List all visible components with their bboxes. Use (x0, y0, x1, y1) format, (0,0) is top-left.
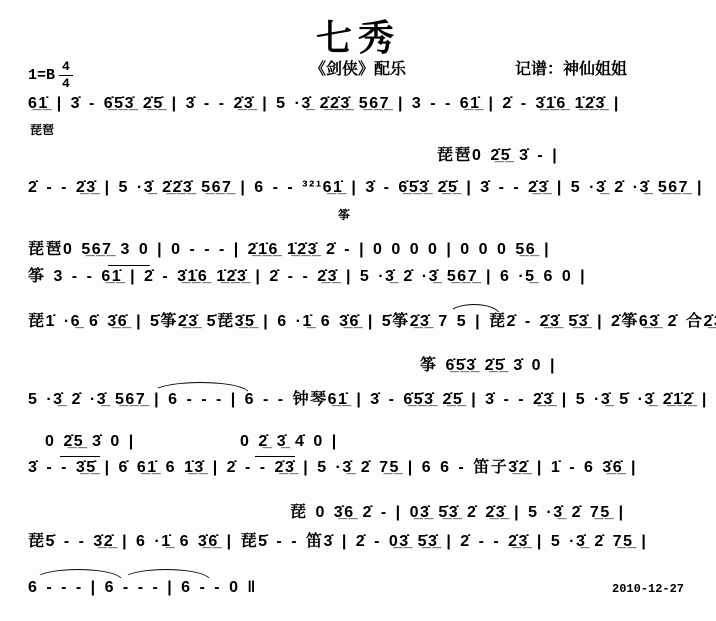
music-line-4: 琵1̇ ·6̲ 6̇ 3̲̇6̲̇ | 5̇筝2̲̇3̲̇ 5̇琵3̲̇5̲̇ … (28, 312, 716, 331)
date-stamp: 2010-12-27 (612, 582, 684, 596)
tie-line (60, 456, 100, 457)
page-title: 七秀 (0, 10, 716, 61)
slur-arc (122, 569, 210, 580)
tie-line (108, 265, 150, 266)
time-signature-denominator: 4 (59, 76, 73, 91)
music-line-5: 5 ·3̲̇ 2̇ ·3̲̇ 5̲6̲7̲ | 6 - - - | 6 - - … (28, 390, 708, 409)
music-line-2: 2̇ - - 2̲̇3̲̇ | 5 ·3̲̇ 2̲̇2̲̇3̲̇ 5̲6̲7̲ … (28, 178, 703, 197)
tie-line (255, 456, 295, 457)
music-line-6-pickup-mid: 0 2̲̇ 3̲̇ 4̇ 0 | (240, 432, 338, 451)
music-line-6-pickup-left: 0 2̲̇5̲ 3̇ 0 | (45, 432, 135, 451)
time-signature: 44 (59, 60, 73, 90)
music-line-6: 3̇ - - 3̲̇5̲̇ | 6̇ 6̲1̲̇ 6 1̲̇3̲̇ | 2̇ -… (28, 458, 637, 477)
music-line-2-pickup: 琵琶0 2̲̇5̲̇ 3̇ - | (437, 146, 558, 165)
key-signature: 1=B44 (28, 60, 73, 90)
music-line-7-pickup: 琵 0 3̲̇6̲ 2̇ - | 0̲3̲̇ 5̲̇3̲̇ 2̇ 2̲̇3̲̇ … (290, 503, 625, 522)
music-line-8: 6 - - - | 6 - - - | 6 - - 0 ‖ (28, 578, 257, 597)
slur-arc (448, 304, 500, 315)
music-line-5-pickup: 筝 6̲̇5̲̇3̲̇ 2̲̇5̲̇ 3̇ 0 | (420, 356, 556, 375)
slur-arc (34, 569, 122, 580)
slur-arc (152, 382, 249, 393)
key-label: 1=B (28, 67, 55, 84)
music-sheet: 七秀 《剑侠》配乐 记谱：神仙姐姐 1=B44 6̲1̲̇ | 3̇ - 6̲̇… (0, 0, 716, 621)
time-signature-numerator: 4 (59, 60, 73, 76)
instrument-label-pipa-1: 琵琶 (30, 121, 54, 138)
music-line-1: 6̲1̲̇ | 3̇ - 6̲̇5̲̇3̲̇ 2̲̇5̲̇ | 3̇ - - 2… (28, 94, 620, 113)
music-line-3-pipa: 琵琶0 5̲6̲7̲ 3 0 | 0 - - - | 2̲̇1̲̇6̲ 1̲̇2… (28, 240, 550, 259)
music-line-7: 琵5̇ - - 3̲̇2̲̇ | 6 ·1̲̇ 6 3̲̇6̲̇ | 琵5̇ -… (28, 532, 647, 551)
music-line-3-zheng: 筝 3 - - 6̲1̲̇ | 2̇ - 3̲̇1̲̇6̲ 1̲̇2̲̇3̲̇ … (28, 267, 586, 286)
transcriber-credit: 记谱：神仙姐姐 (515, 56, 627, 79)
instrument-label-zheng-2: 筝 (338, 206, 350, 223)
